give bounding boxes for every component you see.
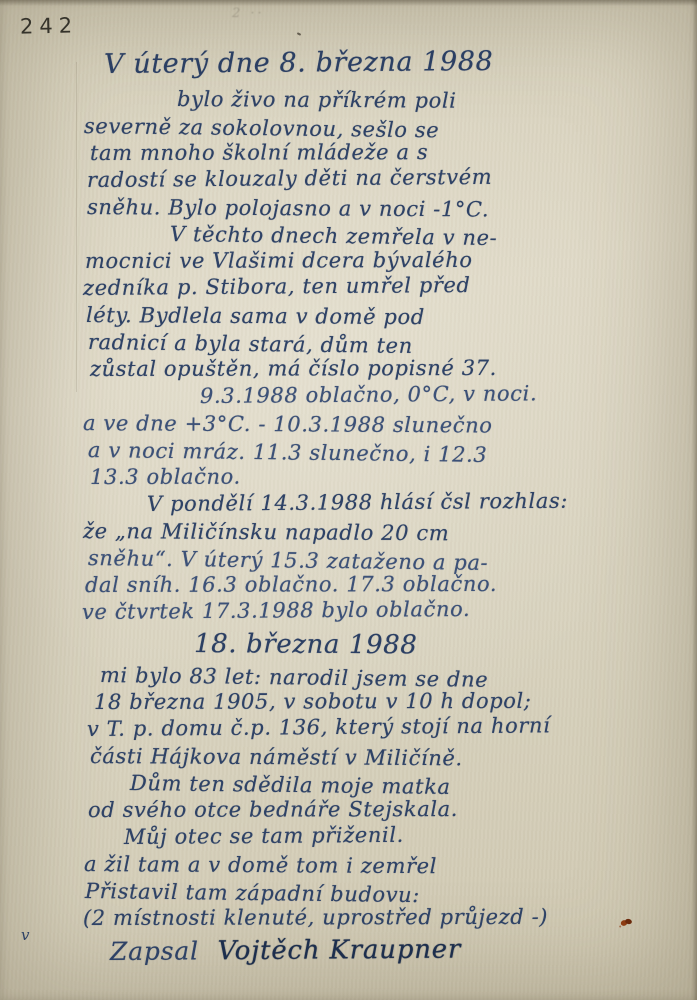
signature-line: Zapsal Vojtěch Kraupner — [110, 931, 688, 969]
handwritten-line: léty. Bydlela sama v domě pod — [86, 302, 688, 333]
handwritten-line: části Hájkova náměstí v Miličíně. — [90, 743, 688, 774]
handwritten-line: (2 místnosti klenuté, uprostřed průjezd … — [83, 903, 688, 932]
handwritten-line: že „na Miličínsku napadlo 20 cm — [83, 518, 688, 549]
handwritten-line: bylo živo na příkrém poli — [177, 86, 688, 116]
handwritten-line: V pondělí 14.3.1988 hlásí čsl rozhlas: — [147, 487, 688, 518]
margin-crease-line — [76, 62, 77, 392]
page-edge-shadow-top — [0, 0, 697, 6]
handwritten-line: 9.3.1988 oblačno, 0°C, v noci. — [200, 379, 688, 410]
chronicle-photo-page: { "page_number": "242", "colors": { "pap… — [0, 0, 697, 1000]
entry-heading: V úterý dne 8. března 1988 — [104, 41, 688, 84]
handwritten-line: ve čtvrtek 17.3.1988 bylo oblačno. — [82, 594, 688, 626]
handwritten-line: v T. p. domu č.p. 136, který stojí na ho… — [87, 711, 688, 743]
handwritten-line: zedníka p. Stibora, ten umřel před — [83, 270, 688, 302]
handwritten-text-column: V úterý dne 8. března 1988 bylo živo na … — [82, 46, 688, 969]
handwritten-line: zůstal opuštěn, má číslo popisné 37. — [90, 354, 688, 383]
handwritten-line: radostí se klouzaly děti na čerstvém — [87, 162, 688, 194]
handwritten-line: a ve dne +3°C. - 10.3.1988 slunečno — [83, 410, 688, 441]
pencil-smudge: 2 ·· — [232, 6, 265, 21]
page-edge-shadow-right — [692, 0, 697, 1000]
ink-blot — [618, 916, 634, 929]
page-number: 242 — [20, 13, 79, 38]
paper-speck — [297, 32, 301, 36]
entry-heading: 18. března 1988 — [194, 628, 688, 663]
handwritten-line: a žil tam a v domě tom i zemřel — [84, 851, 688, 882]
handwritten-line: sněhu. Bylo polojasno a v noci -1°C. — [87, 194, 688, 225]
margin-check-mark: v — [21, 926, 29, 944]
signature-name: Vojtěch Kraupner — [217, 935, 461, 967]
handwritten-line: Můj otec se tam přiženil. — [124, 820, 688, 851]
signature-prefix: Zapsal — [110, 936, 199, 966]
aged-paper-page: 242 2 ·· V úterý dne 8. března 1988 bylo… — [0, 0, 697, 1000]
